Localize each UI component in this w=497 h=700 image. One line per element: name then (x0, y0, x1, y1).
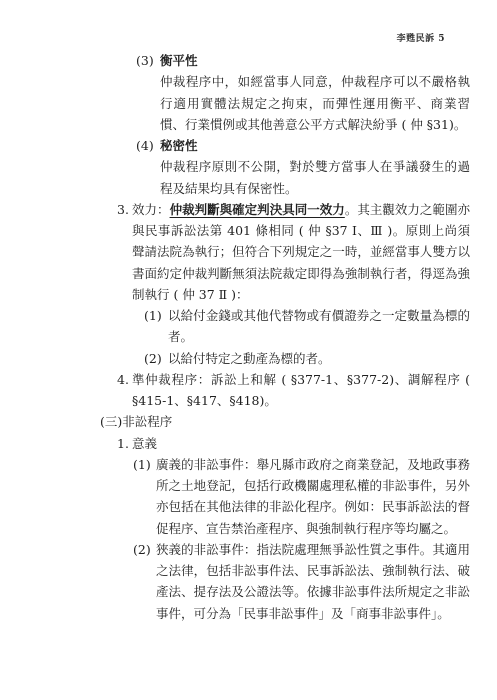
document-page: 李甦民訴 5 (3)衡平性仲裁程序中，如經當事人同意，仲裁程序可以不嚴格執行適用… (0, 0, 497, 700)
emphasized-text: 仲裁判斷與確定判決具同一效力 (170, 202, 345, 217)
item-label: (3) (136, 50, 154, 71)
item-body: 仲裁程序原則不公開，對於雙方當事人在爭議發生的過程及結果均具有保密性。 (160, 156, 470, 199)
item-body: 非訟程序 (122, 414, 172, 429)
item-label: 1. (117, 433, 129, 454)
item-label: 4. (117, 369, 129, 390)
sub-item-2-narrow-sense: (2)狹義的非訟事件：指法院處理無爭訟性質之事件。其適用之法律，包括非訟事件法、… (133, 539, 470, 624)
item-3-equity: (3)衡平性仲裁程序中，如經當事人同意，仲裁程序可以不嚴格執行適用實體法規定之拘… (136, 50, 470, 135)
plain-text: 效力： (132, 202, 170, 217)
item-title: 秘密性 (160, 138, 198, 153)
item-1-meaning: 1.意義 (117, 433, 470, 454)
item-label: (2) (133, 539, 151, 560)
item-label: (三) (100, 414, 122, 429)
item-body: 以給付金錢或其他代替物或有價證券之一定數量為標的者。 (168, 308, 470, 344)
item-3-effect: 3.效力：仲裁判斷與確定判決具同一效力。其主觀效力之範圍亦與民事訴訟法第 401… (117, 199, 470, 305)
item-body: 以給付特定之動產為標的者。 (168, 351, 331, 366)
section-3-non-litigation: (三)非訟程序 (100, 411, 470, 432)
item-label: (2) (144, 348, 162, 369)
item-label: (1) (144, 305, 162, 326)
item-title: 衡平性 (160, 53, 198, 68)
item-label: (4) (136, 135, 154, 156)
document-content: (3)衡平性仲裁程序中，如經當事人同意，仲裁程序可以不嚴格執行適用實體法規定之拘… (100, 50, 470, 624)
item-body: 意義 (132, 436, 157, 451)
item-text: 效力：仲裁判斷與確定判決具同一效力。其主觀效力之範圍亦與民事訴訟法第 401 條… (132, 202, 470, 302)
item-label: 3. (117, 199, 129, 220)
running-title: 李甦民訴 5 (397, 34, 445, 44)
item-4-quasi-arbitration: 4.準仲裁程序：訴訟上和解 ( §377-1、§377-2)、調解程序 ( §4… (117, 369, 470, 412)
sub-item-2-property: (2)以給付特定之動產為標的者。 (144, 348, 470, 369)
item-body: 狹義的非訟事件：指法院處理無爭訟性質之事件。其適用之法律，包括非訟事件法、民事訴… (156, 542, 470, 621)
sub-item-1-broad-sense: (1)廣義的非訟事件：舉凡縣市政府之商業登記，及地政事務所之土地登記，包括行政機… (133, 454, 470, 539)
item-4-confidentiality: (4)秘密性仲裁程序原則不公開，對於雙方當事人在爭議發生的過程及結果均具有保密性… (136, 135, 470, 199)
sub-item-1-money: (1)以給付金錢或其他代替物或有價證券之一定數量為標的者。 (144, 305, 470, 348)
item-body: 廣義的非訟事件：舉凡縣市政府之商業登記，及地政事務所之土地登記，包括行政機關處理… (156, 457, 470, 536)
item-body: 仲裁程序中，如經當事人同意，仲裁程序可以不嚴格執行適用實體法規定之拘束，而彈性運… (160, 71, 470, 135)
item-label: (1) (133, 454, 151, 475)
item-body: 準仲裁程序：訴訟上和解 ( §377-1、§377-2)、調解程序 ( §415… (132, 372, 470, 408)
running-header: 李甦民訴 5 (397, 31, 445, 44)
